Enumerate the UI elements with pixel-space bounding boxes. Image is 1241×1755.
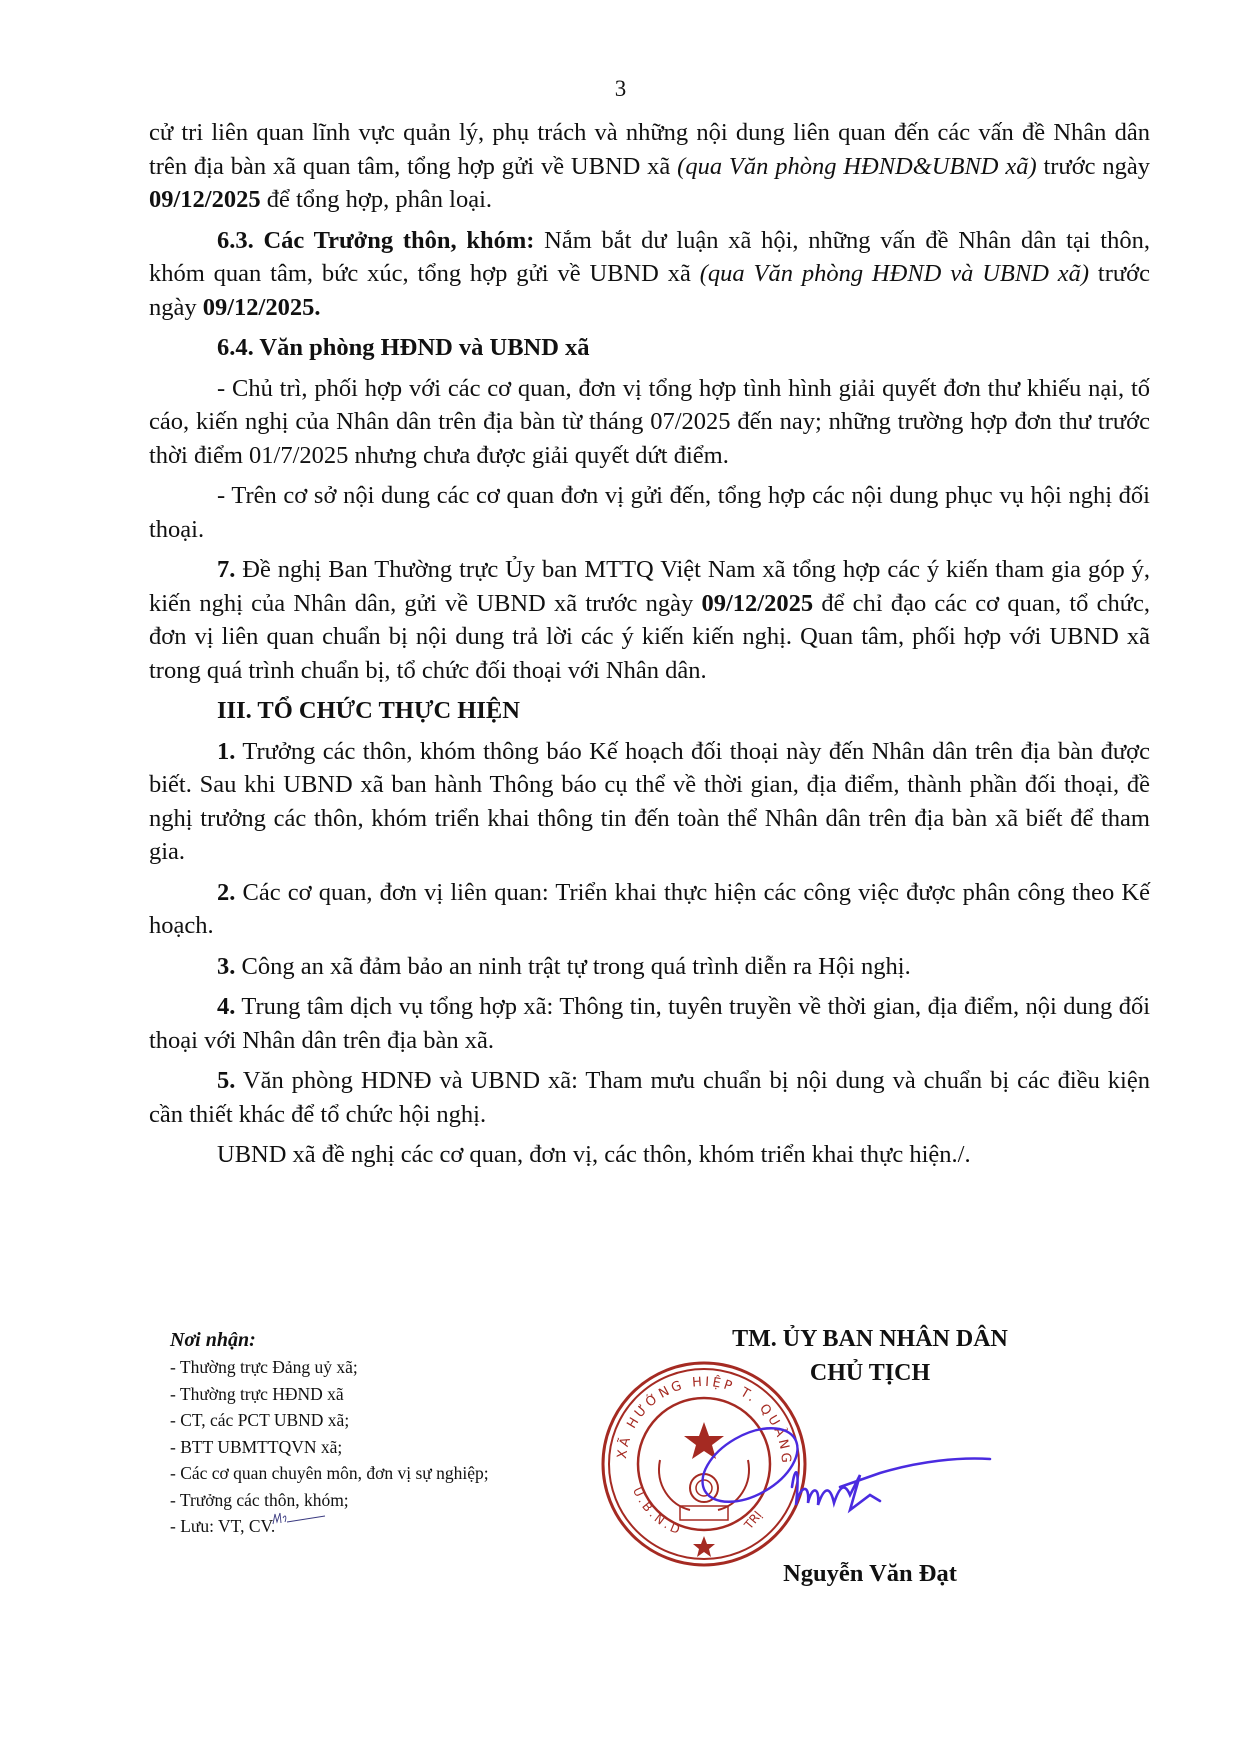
paragraph-continuation: cử tri liên quan lĩnh vực quản lý, phụ t… [149, 116, 1150, 217]
section-iii-item-4: 4. Trung tâm dịch vụ tổng hợp xã: Thông … [149, 990, 1150, 1057]
initials-mark-icon [275, 1518, 335, 1532]
paragraph-7: 7. Đề nghị Ban Thường trực Ủy ban MTTQ V… [149, 553, 1150, 687]
handwritten-signature-icon [700, 1425, 1000, 1545]
closing-paragraph: UBND xã đề nghị các cơ quan, đơn vị, các… [149, 1138, 1150, 1172]
section-iii-item-1: 1. Trưởng các thôn, khóm thông báo Kế ho… [149, 735, 1150, 869]
heading-6-3: 6.3. Các Trưởng thôn, khóm: [217, 227, 534, 254]
section-iii-item-3: 3. Công an xã đảm bảo an ninh trật tự tr… [149, 950, 1150, 984]
signer-name: Nguyễn Văn Đạt [700, 1560, 1040, 1588]
section-heading-iii: III. TỔ CHỨC THỰC HIỆN [149, 694, 1150, 728]
heading-6-4: 6.4. Văn phòng HĐND và UBND xã [149, 331, 1150, 365]
recipient-item: - BTT UBMTTQVN xã; [170, 1434, 489, 1461]
recipient-item: - Lưu: VT, CV. [170, 1513, 489, 1540]
section-iii-item-5: 5. Văn phòng HDNĐ và UBND xã: Tham mưu c… [149, 1064, 1150, 1131]
recipient-item: - Thường trực Đảng uỷ xã; [170, 1354, 489, 1381]
recipient-item: - CT, các PCT UBND xã; [170, 1407, 489, 1434]
paragraph-6-4-item-1: - Chủ trì, phối hợp với các cơ quan, đơn… [149, 372, 1150, 473]
signature-title: TM. ỦY BAN NHÂN DÂN [680, 1322, 1060, 1356]
section-iii-item-2: 2. Các cơ quan, đơn vị liên quan: Triển … [149, 876, 1150, 943]
paragraph-6-3: 6.3. Các Trưởng thôn, khóm: Nắm bắt dư l… [149, 224, 1150, 325]
recipient-item: - Các cơ quan chuyên môn, đơn vị sự nghi… [170, 1460, 489, 1487]
paragraph-6-4-item-2: - Trên cơ sở nội dung các cơ quan đơn vị… [149, 479, 1150, 546]
page-number: 3 [0, 76, 1241, 102]
svg-text:U.B.N.D: U.B.N.D [630, 1485, 685, 1538]
recipients-list: Nơi nhận: - Thường trực Đảng uỷ xã; - Th… [170, 1326, 489, 1540]
recipient-item: - Trưởng các thôn, khóm; [170, 1487, 489, 1514]
recipient-item: - Thường trực HĐND xã [170, 1381, 489, 1408]
recipients-title: Nơi nhận: [170, 1326, 489, 1354]
document-body: cử tri liên quan lĩnh vực quản lý, phụ t… [149, 116, 1150, 1179]
